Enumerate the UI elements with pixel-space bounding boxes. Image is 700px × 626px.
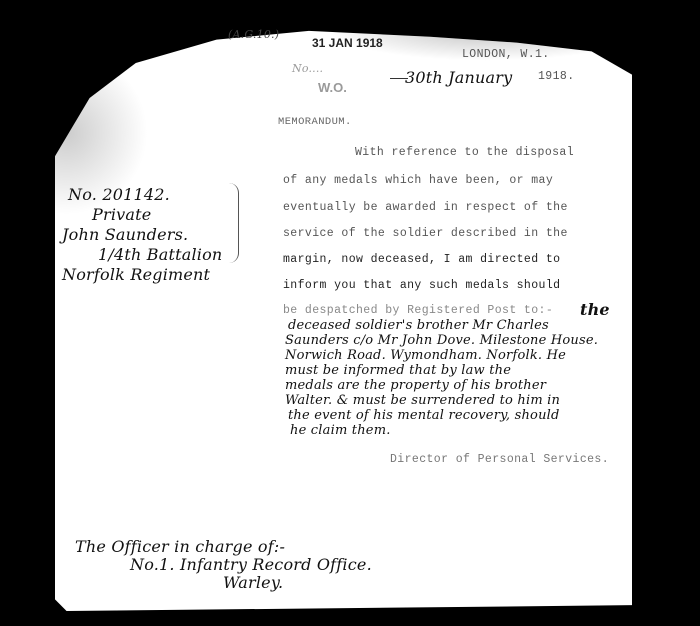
soldier-battalion: 1/4th Battalion — [98, 245, 222, 264]
number-label: No.... — [292, 62, 323, 75]
addressee-line-2: No.1. Infantry Record Office. — [130, 555, 372, 574]
body-line-4: service of the soldier described in the — [283, 227, 568, 240]
soldier-number: No. 201142. — [68, 185, 170, 204]
handwritten-line-2: Saunders c/o Mr John Dove. Milestone Hou… — [285, 333, 598, 348]
addressee-line-1: The Officer in charge of:- — [75, 537, 285, 556]
handwritten-date: 30th January — [405, 68, 512, 87]
handwritten-line-0: the — [580, 300, 610, 319]
handwritten-line-3: Norwich Road. Wymondham. Norfolk. He — [285, 348, 566, 363]
date-received-stamp: 31 JAN 1918 — [312, 36, 383, 50]
body-line-7: be despatched by Registered Post to:- — [283, 304, 553, 317]
body-line-1: With reference to the disposal — [355, 146, 574, 159]
soldier-rank: Private — [92, 205, 151, 224]
location: LONDON, W.1. — [462, 48, 550, 61]
connector-line — [390, 78, 408, 79]
handwritten-line-8: he claim them. — [290, 423, 391, 438]
wo-label: W.O. — [318, 80, 347, 95]
body-line-6: inform you that any such medals should — [283, 279, 560, 292]
reference-stamp: (A.G.10.) — [228, 28, 279, 41]
handwritten-line-4: must be informed that by law the — [285, 363, 511, 378]
margin-bracket — [228, 183, 239, 263]
handwritten-line-6: Walter. & must be surrendered to him in — [285, 393, 560, 408]
soldier-name: John Saunders. — [62, 225, 188, 244]
body-line-3: eventually be awarded in respect of the — [283, 201, 568, 214]
addressee-line-3: Warley. — [223, 573, 283, 592]
handwritten-line-5: medals are the property of his brother — [285, 378, 546, 393]
soldier-regiment: Norfolk Regiment — [62, 265, 210, 284]
body-line-5: margin, now deceased, I am directed to — [283, 253, 560, 266]
memorandum-title: MEMORANDUM. — [278, 116, 352, 128]
body-line-2: of any medals which have been, or may — [283, 174, 553, 187]
signature-block: Director of Personal Services. — [390, 453, 609, 466]
handwritten-line-7: the event of his mental recovery, should — [288, 408, 560, 423]
handwritten-line-1: deceased soldier's brother Mr Charles — [288, 318, 549, 333]
date-year: 1918. — [538, 70, 575, 83]
